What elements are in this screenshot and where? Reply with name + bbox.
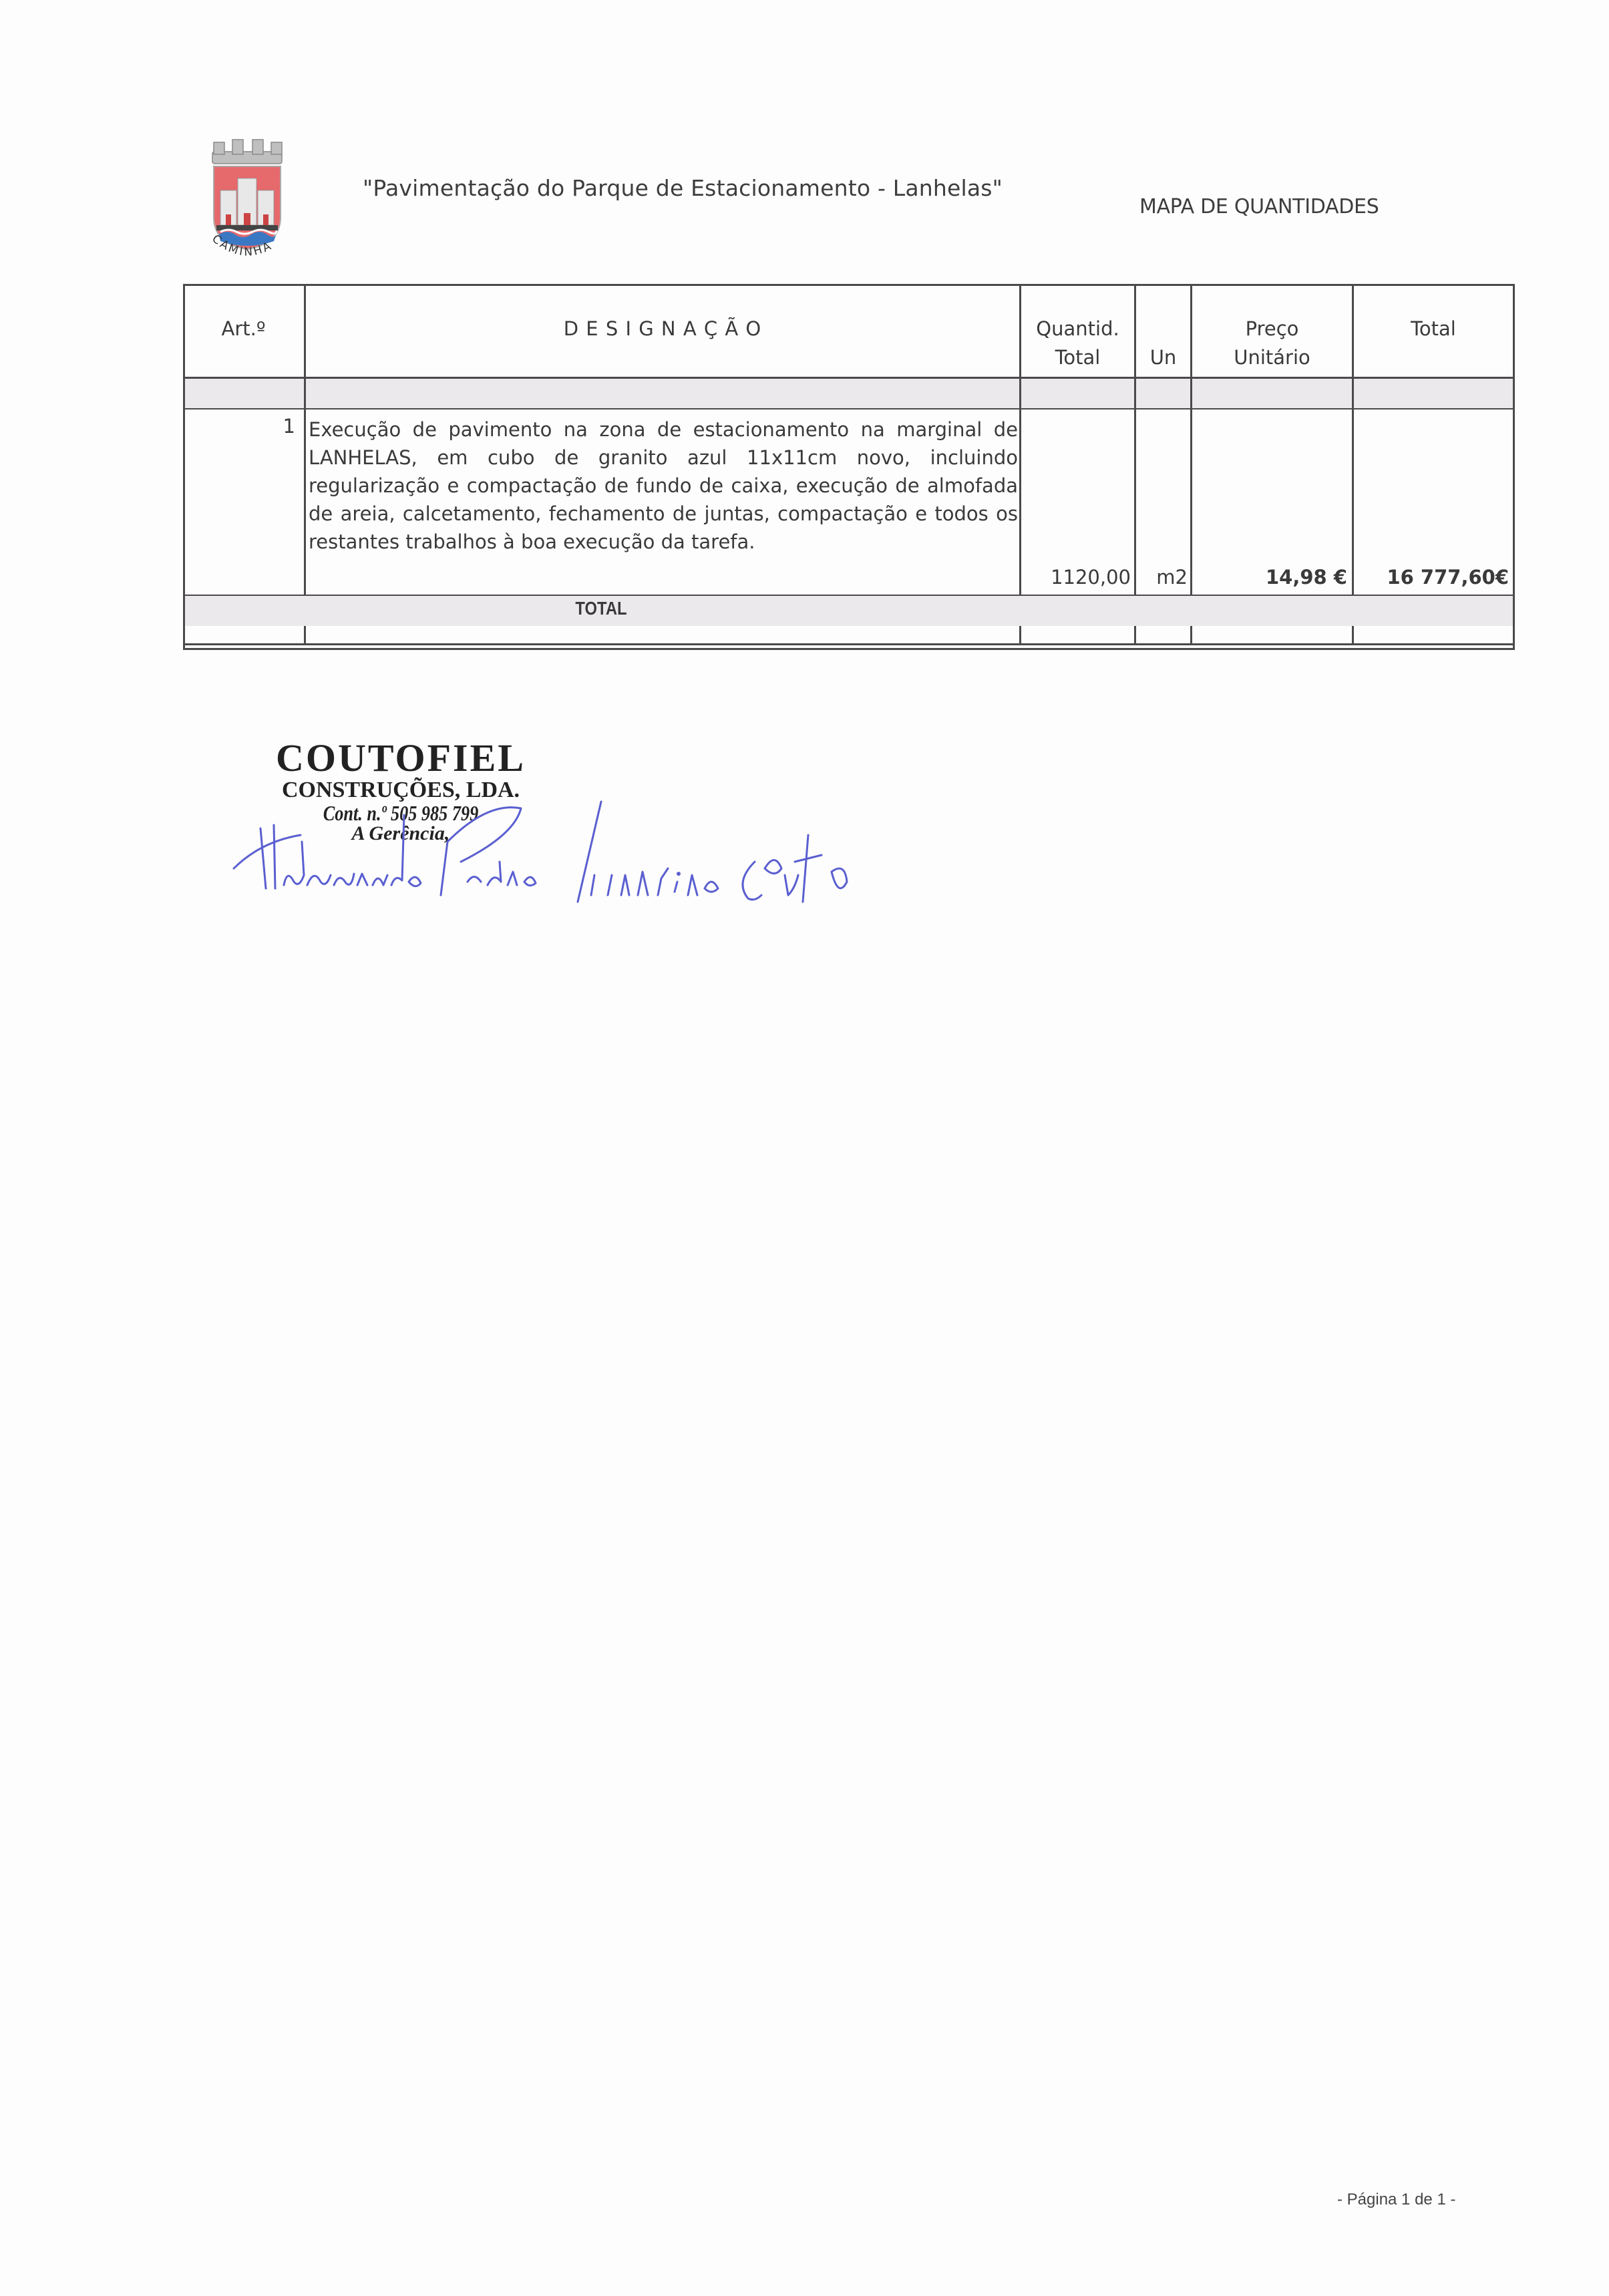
description-line: LANHELAS, em cubo de granito azul 11x11c… bbox=[309, 444, 1018, 472]
column-header-unit: Un bbox=[1136, 343, 1190, 372]
column-header-quantity-line1: Quantid. bbox=[1021, 314, 1134, 343]
description-line: restantes trabalhos à boa execução da ta… bbox=[309, 528, 1018, 556]
coat-of-arms-icon: CAMINHA bbox=[194, 137, 301, 267]
item-unit: m2 bbox=[1136, 566, 1188, 589]
column-header-price-line2: Unitário bbox=[1192, 343, 1352, 372]
item-art-number: 1 bbox=[183, 415, 295, 438]
column-header-price-line1: Preço bbox=[1192, 314, 1352, 343]
page-indicator: - Página 1 de 1 - bbox=[1337, 2190, 1455, 2209]
project-title: "Pavimentação do Parque de Estacionament… bbox=[363, 175, 1003, 201]
item-quantity: 1120,00 bbox=[1021, 566, 1131, 589]
column-header-art: Art.º bbox=[183, 314, 304, 343]
stamp-company-name: COUTOFIEL bbox=[240, 738, 561, 778]
document-type-heading: MAPA DE QUANTIDADES bbox=[1139, 195, 1379, 218]
handwritten-signature bbox=[220, 788, 968, 909]
item-description: Execução de pavimento na zona de estacio… bbox=[309, 416, 1018, 556]
quantities-table: Art.º D E S I G N A Ç Ã O Quantid. Total… bbox=[183, 284, 1514, 645]
item-total: 16 777,60€ bbox=[1354, 566, 1509, 589]
description-line: Execução de pavimento na zona de estacio… bbox=[309, 416, 1018, 444]
description-line: regularização e compactação de fundo de … bbox=[309, 472, 1018, 500]
item-unit-price: 14,98 € bbox=[1192, 566, 1347, 589]
column-header-designacao: D E S I G N A Ç Ã O bbox=[306, 314, 1019, 343]
description-line: de areia, calcetamento, fechamento de ju… bbox=[309, 500, 1018, 528]
column-header-total: Total bbox=[1354, 314, 1513, 343]
signature-strokes-icon bbox=[220, 788, 968, 909]
column-header-quantity-line2: Total bbox=[1021, 343, 1134, 372]
caminha-coat-of-arms-logo: CAMINHA bbox=[194, 137, 301, 267]
total-label: TOTAL bbox=[246, 598, 956, 619]
spacer-row bbox=[183, 377, 1514, 409]
